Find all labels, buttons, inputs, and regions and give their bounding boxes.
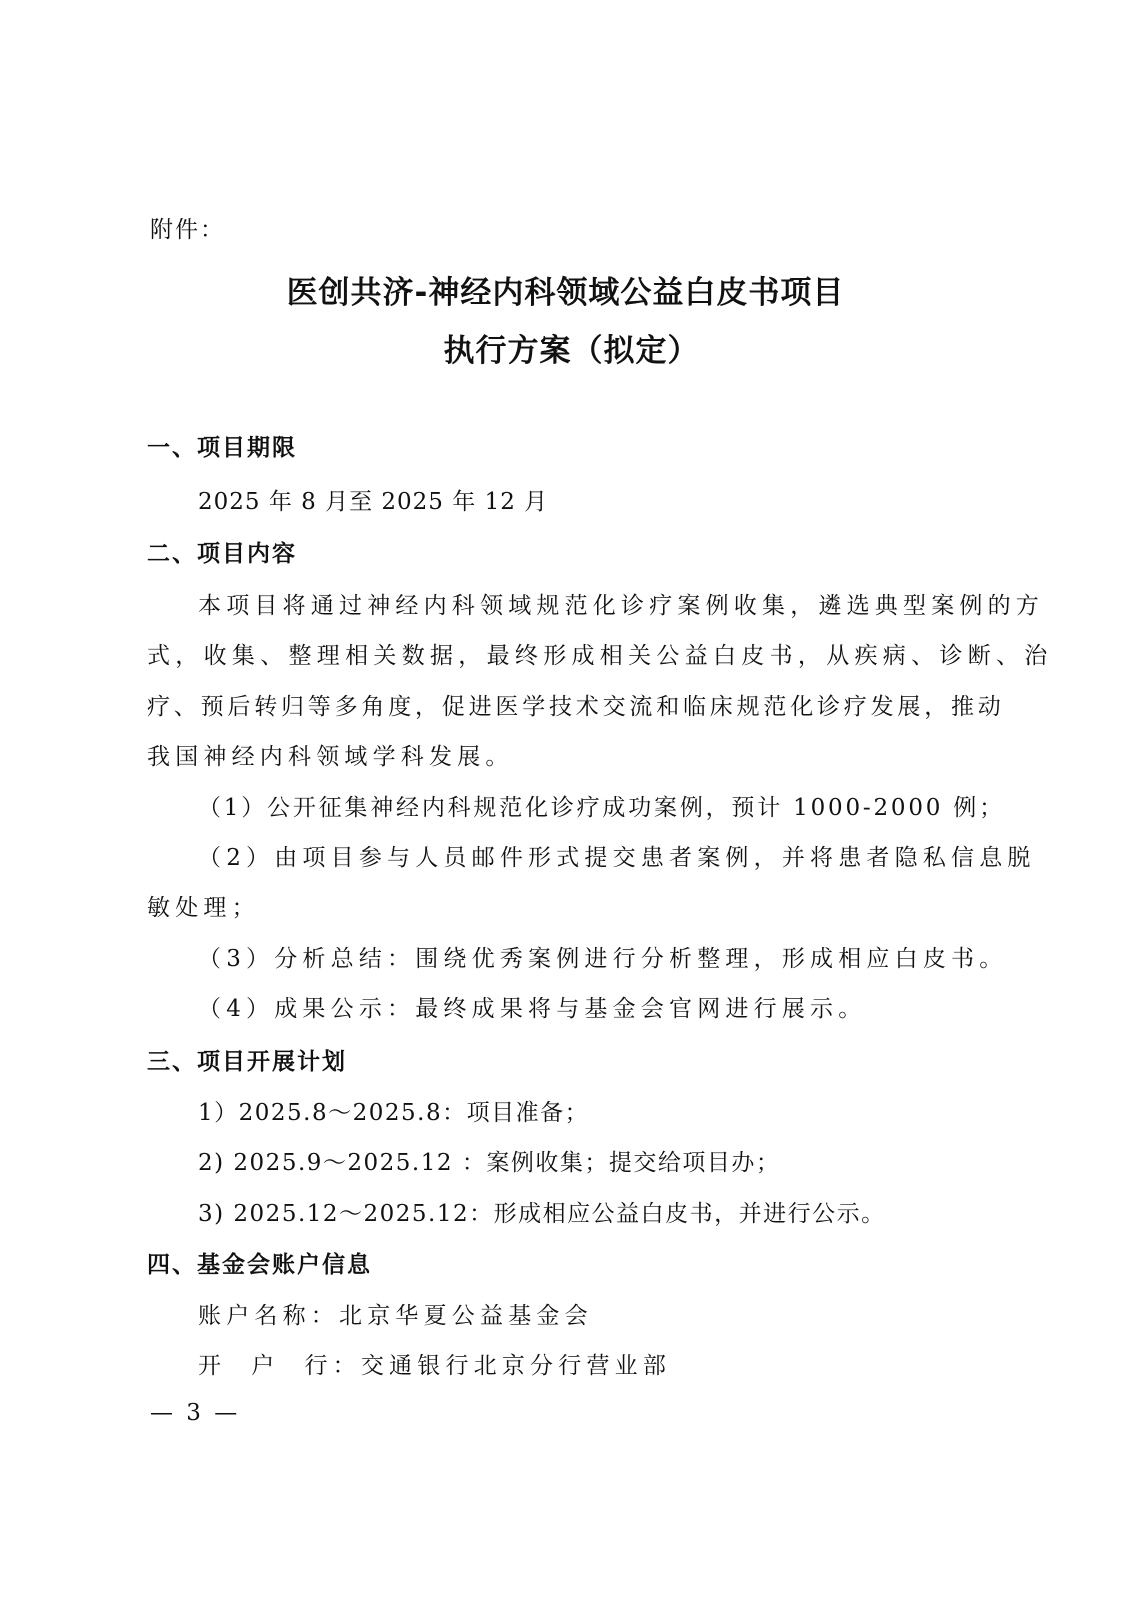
- paragraph-line: 本项目将通过神经内科领域规范化诊疗案例收集，遴选典型案例的方: [198, 587, 1044, 620]
- document-title: 医创共济-神经内科领域公益白皮书项目: [0, 267, 1131, 312]
- section-heading-term: 一、项目期限: [147, 429, 297, 462]
- paragraph-line: 疗、预后转归等多角度，促进医学技术交流和临床规范化诊疗发展，推动: [147, 688, 1005, 721]
- attachment-label: 附件：: [150, 211, 225, 244]
- project-term-text: 2025 年 8 月至 2025 年 12 月: [198, 483, 548, 516]
- paragraph-line: 式，收集、整理相关数据，最终形成相关公益白皮书，从疾病、诊断、治: [147, 637, 1053, 670]
- document-page: 附件： 医创共济-神经内科领域公益白皮书项目 执行方案（拟定） 一、项目期限 2…: [0, 0, 1131, 1600]
- document-subtitle: 执行方案（拟定）: [0, 325, 1131, 370]
- account-name: 账户名称：北京华夏公益基金会: [198, 1297, 593, 1330]
- plan-item-3: 3) 2025.12～2025.12：形成相应公益白皮书，并进行公示。: [198, 1195, 886, 1228]
- content-item-4: （4）成果公示：最终成果将与基金会官网进行展示。: [198, 990, 866, 1023]
- plan-item-1: 1）2025.8～2025.8：项目准备；: [198, 1094, 589, 1127]
- content-item-3: （3）分析总结：围绕优秀案例进行分析整理，形成相应白皮书。: [198, 940, 1007, 973]
- section-heading-plan: 三、项目开展计划: [147, 1043, 347, 1076]
- page-number: — 3 —: [150, 1400, 240, 1426]
- section-heading-content: 二、项目内容: [147, 535, 297, 568]
- content-item-2-continued: 敏处理；: [147, 889, 260, 922]
- content-item-1: （1）公开征集神经内科规范化诊疗成功案例，预计 1000-2000 例；: [198, 789, 1005, 822]
- paragraph-line: 我国神经内科领域学科发展。: [147, 738, 514, 771]
- content-item-2: （2）由项目参与人员邮件形式提交患者案例，并将患者隐私信息脱: [198, 839, 1036, 872]
- plan-item-2: 2) 2025.9～2025.12 ：案例收集；提交给项目办；: [198, 1144, 780, 1177]
- section-heading-account: 四、基金会账户信息: [147, 1246, 372, 1279]
- account-bank: 开 户 行：交通银行北京分行营业部: [198, 1347, 671, 1380]
